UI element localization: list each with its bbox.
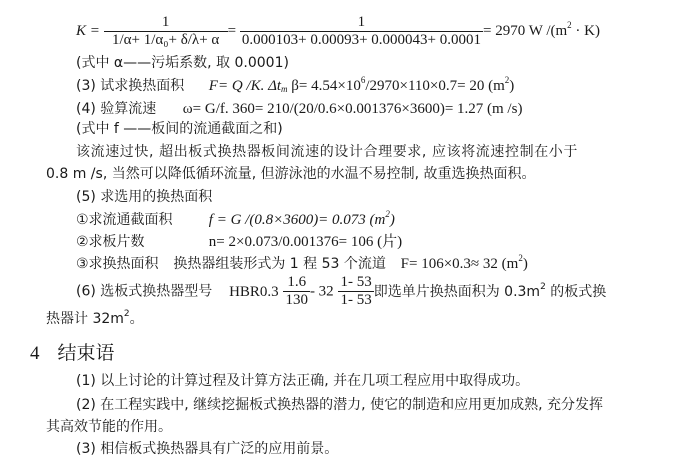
step-5-label: (5) 求选用的换热面积 — [76, 188, 212, 206]
formula-k-lhs: K = — [76, 23, 100, 39]
fraction-numerator: 1 — [240, 14, 483, 32]
fraction-denominator: 0.000103+ 0.00093+ 0.000043+ 0.0001 — [240, 32, 483, 49]
step-5-item-text: 换热器组装形式为 1 程 53 个流道 — [173, 256, 386, 272]
step-3-formula: F= Q /K. Δtm β= 4.54×106/2970×110×0.7= 2… — [209, 78, 514, 94]
step-4: (4) 验算流速 ω= G/f. 360= 210/(20/0.6×0.0013… — [76, 99, 522, 118]
line-text: 热器计 32m — [46, 311, 124, 327]
formula-k-result: = 2970 W /(m2 · K) — [483, 23, 600, 39]
step-6-line-2: 热器计 32m2。 — [46, 310, 144, 328]
result-tail: · K) — [572, 23, 600, 39]
formula-k-fraction-2: 1 0.000103+ 0.00093+ 0.000043+ 0.0001 — [240, 14, 483, 49]
formula-k: K = 1 1/α+ 1/α₀+ δ/λ+ α = 1 0.000103+ 0.… — [76, 14, 600, 49]
formula-text: F= Q /K. Δt — [209, 78, 281, 94]
step-5-item-label: ②求板片数 — [76, 233, 204, 251]
paragraph-velocity-line-1: 该流速过快, 超出板式换热器板间流速的设计合理要求, 应该将流速控制在小于 — [76, 143, 578, 161]
step-5-item-label: ③求换热面积 — [76, 256, 159, 272]
formula-close: ) — [523, 256, 528, 272]
fraction-numerator: 1 — [104, 14, 228, 32]
section-heading: 4结束语 — [30, 338, 115, 365]
step-5-item-1: ①求流通截面积 f = G /(0.8×3600)= 0.073 (m2) — [76, 210, 395, 229]
model-prefix: HBR0.3 — [229, 284, 279, 300]
formula-text: f = G /(0.8×3600)= 0.073 (m — [209, 212, 386, 228]
fraction-denominator: 130 — [283, 292, 310, 309]
formula-tail: /2970×110×0.7= 20 (m — [365, 78, 504, 94]
formula-close: ) — [509, 78, 514, 94]
fraction-numerator: 1- 53 — [338, 274, 373, 292]
step-3-label: (3) 试求换热面积 — [76, 77, 204, 95]
section-title: 结束语 — [58, 342, 115, 364]
conclusion-paragraph-3: (3) 相信板式换热器具有广泛的应用前景。 — [76, 440, 338, 458]
model-fraction-2: 1- 53 1- 53 — [338, 274, 373, 309]
step-3: (3) 试求换热面积 F= Q /K. Δtm β= 4.54×106/2970… — [76, 76, 514, 95]
paragraph-velocity-line-2: 0.8 m /s, 当然可以降低循环流量, 但游泳池的水温不易控制, 故重选换热… — [46, 165, 536, 183]
text-after: 即选单片换热面积为 0.3m — [374, 284, 540, 300]
conclusion-paragraph-2-cont: 其高效节能的作用。 — [46, 418, 172, 436]
step-5-item-formula: n= 2×0.073/0.001376= 106 (片) — [209, 234, 402, 250]
fraction-denominator: 1- 53 — [338, 292, 373, 309]
formula-k-fraction-1: 1 1/α+ 1/α₀+ δ/λ+ α — [104, 14, 228, 49]
step-6: (6) 选板式换热器型号 HBR0.3 1.6 130 - 32 1- 53 1… — [76, 274, 606, 309]
model-fraction-1: 1.6 130 — [283, 274, 310, 309]
note-f: (式中 f ——板间的流通截面之和) — [76, 120, 283, 138]
step-5-item-3: ③求换热面积 换热器组装形式为 1 程 53 个流道 F= 106×0.3≈ 3… — [76, 254, 528, 273]
fraction-numerator: 1.6 — [283, 274, 310, 292]
model-mid: - 32 — [310, 284, 334, 300]
step-4-formula: ω= G/f. 360= 210/(20/0.6×0.001376×3600)=… — [183, 101, 523, 117]
note-alpha: (式中 α——污垢系数, 取 0.0001) — [76, 54, 289, 72]
step-5-item-formula: F= 106×0.3≈ 32 (m2) — [401, 256, 528, 272]
formula-mid: β= 4.54×10 — [288, 78, 361, 94]
formula-text: F= 106×0.3≈ 32 (m — [401, 256, 519, 272]
conclusion-paragraph-2: (2) 在工程实践中, 继续挖掘板式换热器的潜力, 使它的制造和应用更加成熟, … — [76, 396, 603, 414]
step-4-label: (4) 验算流速 — [76, 100, 178, 118]
text-tail: 的板式换 — [546, 284, 606, 300]
step-5-item-formula: f = G /(0.8×3600)= 0.073 (m2) — [209, 212, 395, 228]
result-text: = 2970 W /(m — [483, 23, 567, 39]
fraction-denominator: 1/α+ 1/α₀+ δ/λ+ α — [104, 32, 228, 49]
step-5-item-2: ②求板片数 n= 2×0.073/0.001376= 106 (片) — [76, 232, 402, 251]
formula-k-equals: = — [228, 23, 236, 39]
line-tail: 。 — [130, 311, 144, 327]
conclusion-paragraph-1: (1) 以上讨论的计算过程及计算方法正确, 并在几项工程应用中取得成功。 — [76, 372, 529, 390]
formula-close: ) — [390, 212, 395, 228]
section-number: 4 — [30, 343, 40, 364]
step-6-text: 即选单片换热面积为 0.3m2 的板式换 — [374, 284, 607, 300]
step-6-label: (6) 选板式换热器型号 — [76, 284, 212, 300]
step-5-item-label: ①求流通截面积 — [76, 211, 204, 229]
